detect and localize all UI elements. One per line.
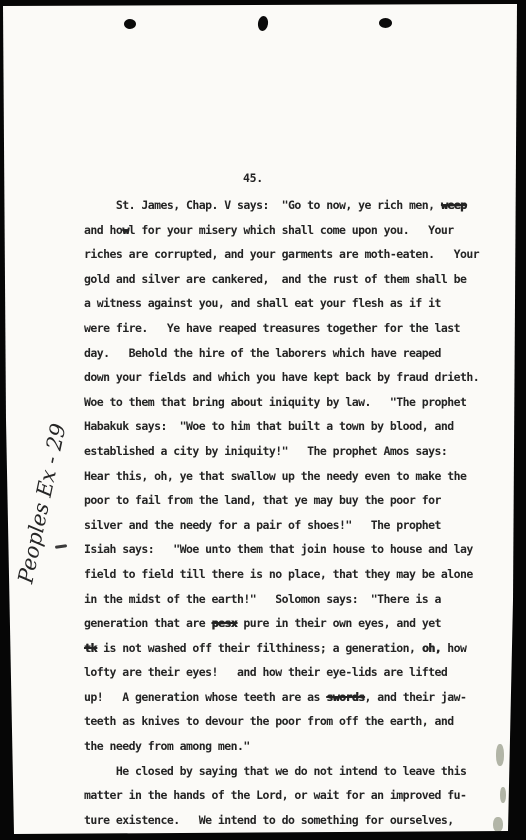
text-line: in the midst of the earth!" Solomon says… <box>84 587 496 612</box>
text-line: generation that are pesx pure in their o… <box>84 611 496 636</box>
text-line: poor to fail from the land, that ye may … <box>84 488 496 513</box>
text-line: a witness against you, and shall eat you… <box>84 291 496 316</box>
text-line: field to field till there is no place, t… <box>84 562 496 587</box>
text-line: day. Behold the hire of the laborers whi… <box>84 341 496 366</box>
text-line: ture existence. We intend to do somethin… <box>84 808 496 833</box>
text-line: Habakuk says: "Woe to him that built a t… <box>84 414 496 439</box>
binder-hole-dot-icon <box>124 19 136 29</box>
binder-hole-dot-icon <box>257 15 269 31</box>
edge-smudge-mark <box>500 787 506 803</box>
text-line: He closed by saying that we do not inten… <box>84 759 496 784</box>
text-line: established a city by iniquity!" The pro… <box>84 439 496 464</box>
text-line: St. James, Chap. V says: "Go to now, ye … <box>84 193 496 218</box>
text-line: were fire. Ye have reaped treasures toge… <box>84 316 496 341</box>
text-line: down your fields and which you have kept… <box>84 365 496 390</box>
text-line: Isiah says: "Woe unto them that join hou… <box>84 537 496 562</box>
text-line: Woe to them that bring about iniquity by… <box>84 390 496 415</box>
text-line: silver and the needy for a pair of shoes… <box>84 513 496 538</box>
text-line: up! A generation whose teeth are as swor… <box>84 685 496 710</box>
scanned-document-canvas: { "document": { "page_number": "45.", "m… <box>0 0 526 840</box>
document-page: 45. St. James, Chap. V says: "Go to now,… <box>0 0 526 840</box>
margin-dash-mark <box>55 544 67 548</box>
text-line: matter in the hands of the Lord, or wait… <box>84 783 496 808</box>
text-line: and howl for your misery which shall com… <box>84 218 496 243</box>
text-line: gold and silver are cankered, and the ru… <box>84 267 496 292</box>
edge-smudge-mark <box>493 817 503 832</box>
margin-annotation-handwriting: Peoples Ex - 29 <box>11 408 80 600</box>
text-line: lofty are their eyes! and how their eye-… <box>84 660 496 685</box>
edge-smudge-mark <box>496 744 504 766</box>
text-line: Hear this, oh, ye that swallow up the ne… <box>84 464 496 489</box>
text-line: teeth as knives to devour the poor from … <box>84 709 496 734</box>
text-line: riches are corrupted, and your garments … <box>84 242 496 267</box>
text-line: tk is not washed off their filthiness; a… <box>84 636 496 661</box>
typed-text-body: St. James, Chap. V says: "Go to now, ye … <box>84 193 496 832</box>
binder-hole-dot-icon <box>379 18 392 28</box>
text-line: the needy from among men." <box>84 734 496 759</box>
page-number: 45. <box>243 171 263 185</box>
